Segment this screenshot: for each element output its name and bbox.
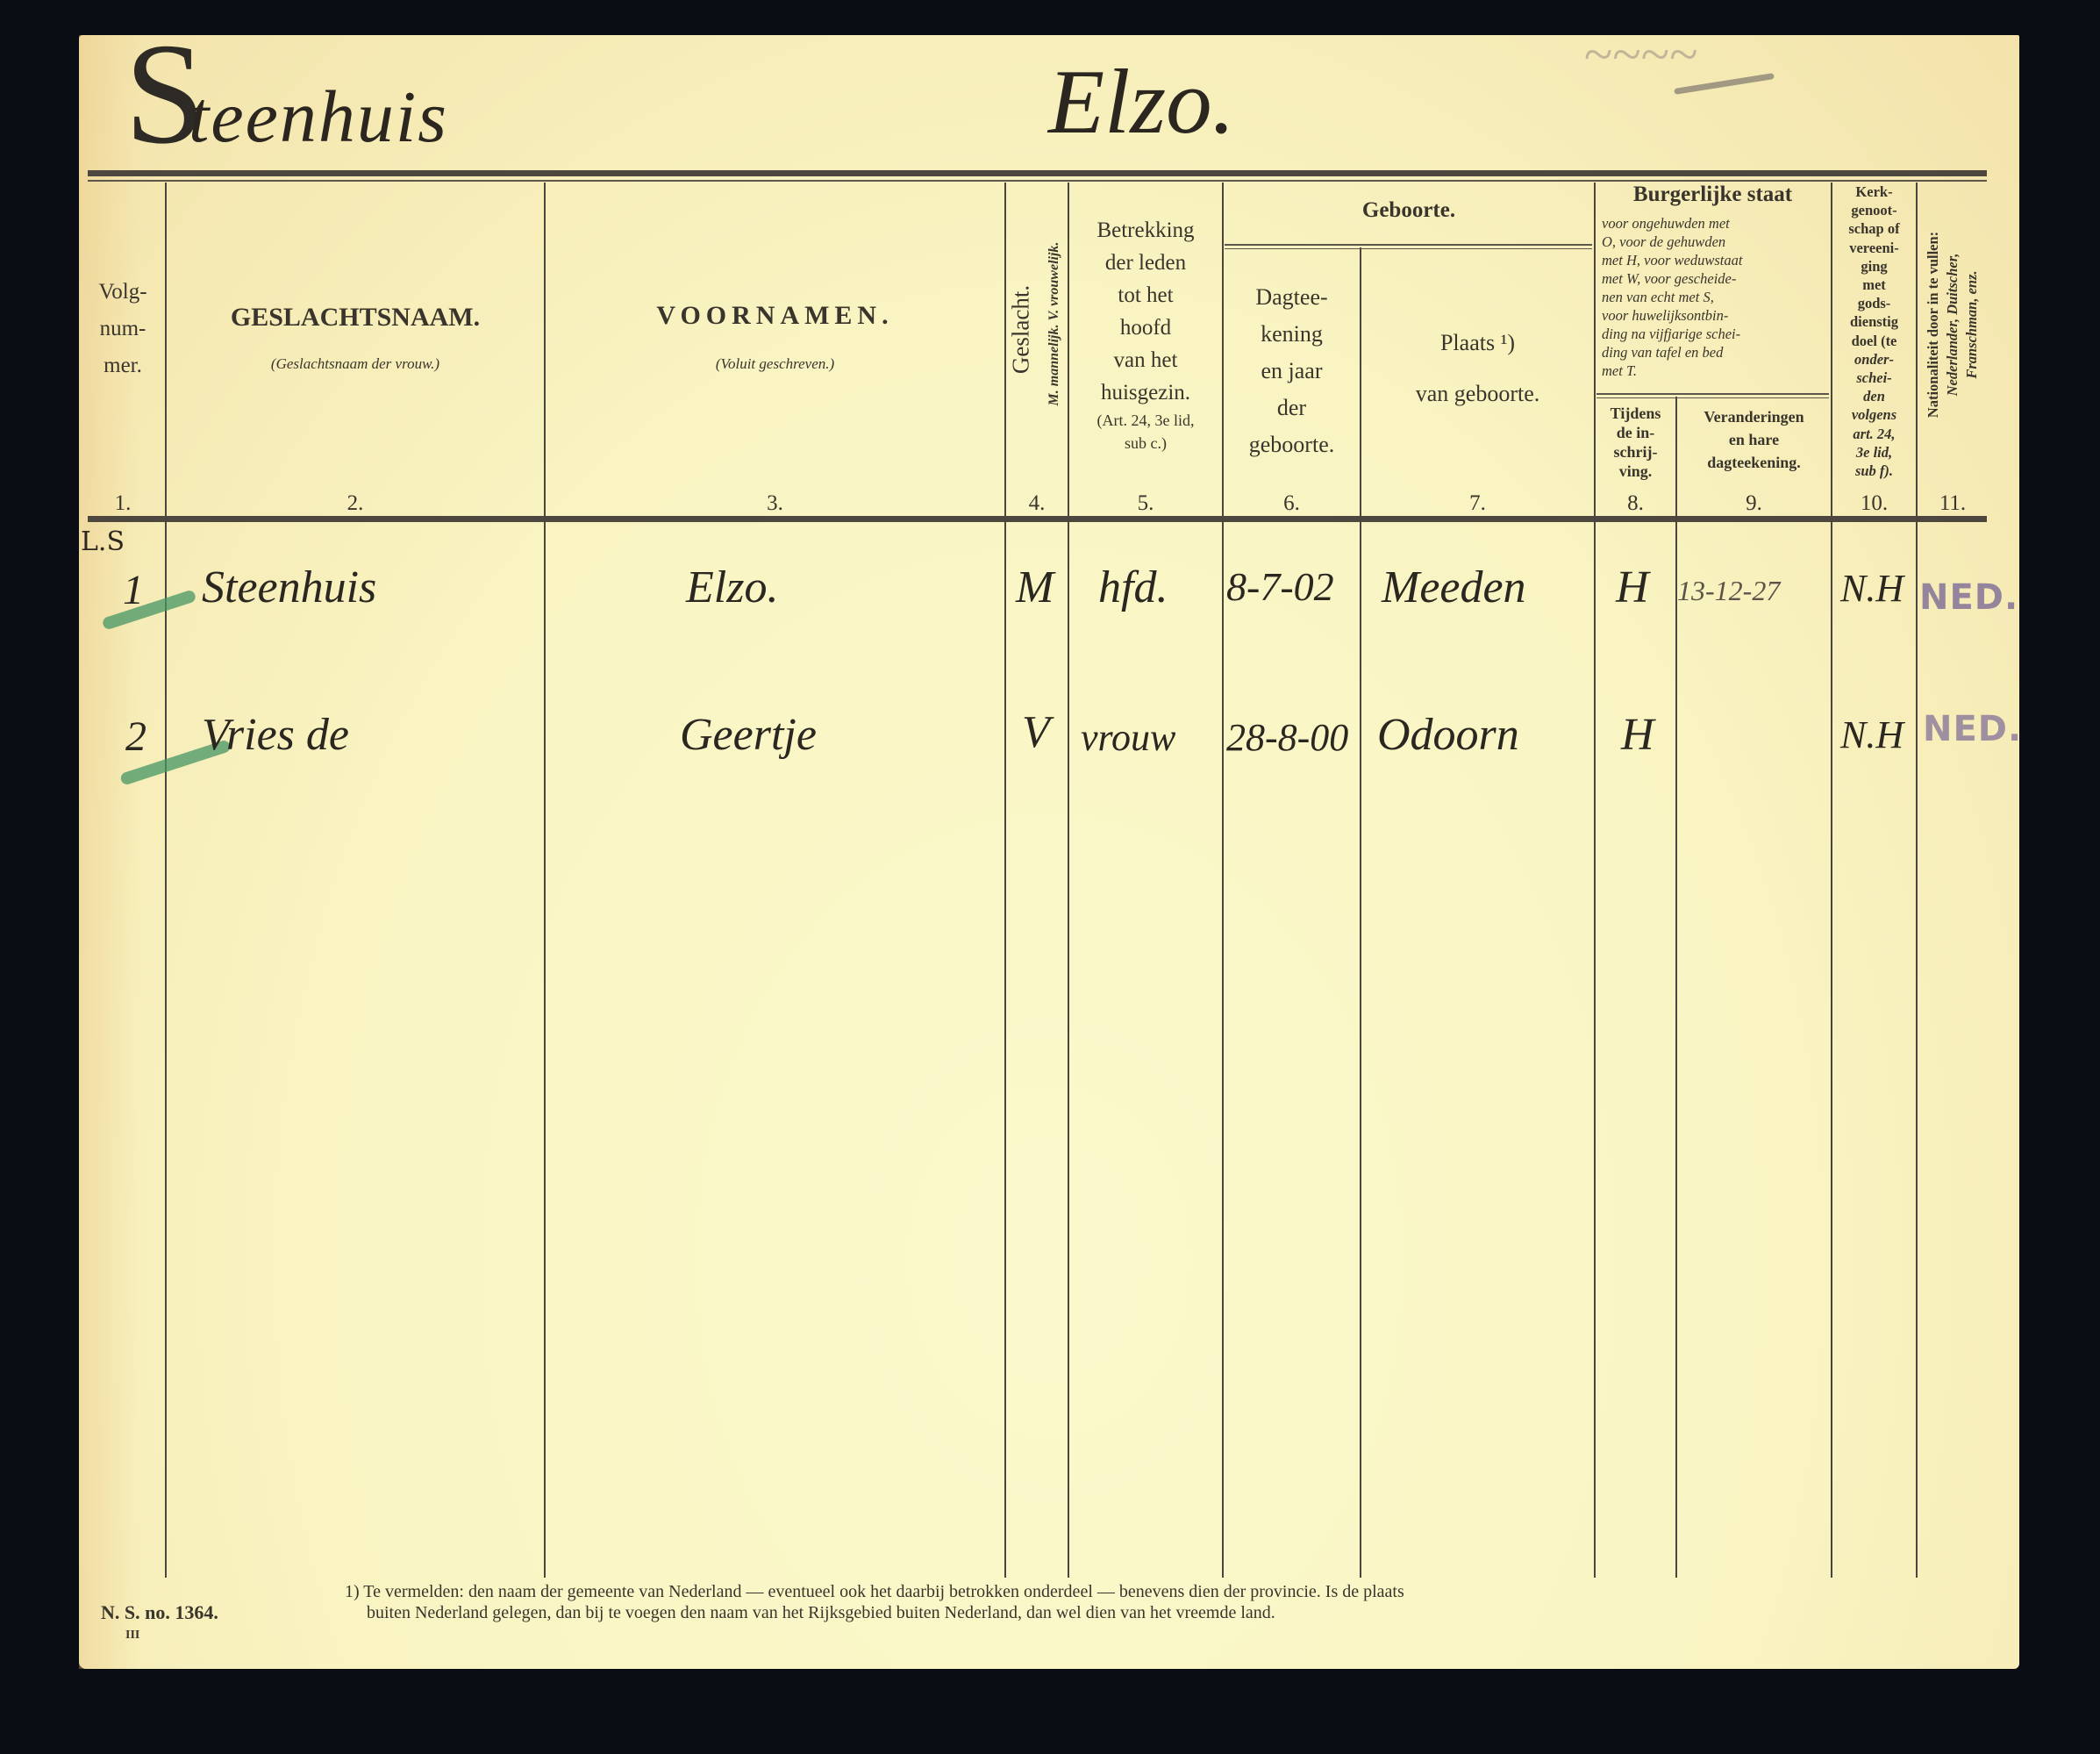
footnote-line-1: 1) Te vermelden: den naam der gemeente v…: [345, 1581, 1404, 1602]
margin-mark-ls: L.S: [81, 526, 125, 557]
header-text: en jaar: [1224, 353, 1360, 390]
header-plaats: Plaats ¹): [1361, 330, 1594, 356]
row2-geslachtsnaam: Vries de: [202, 709, 349, 761]
header-burgerlijke-staat: Burgerlijke staat: [1596, 183, 1829, 207]
header-text: Dagtee-: [1224, 279, 1360, 316]
header-text: Franschman, enz.: [1963, 180, 1981, 469]
column-number-3: 3.: [546, 491, 1004, 516]
column-divider-6: [1360, 247, 1361, 1578]
title-handwritten-surname: teenhuis: [189, 75, 448, 160]
header-text: (Art. 24, 3e lid,: [1069, 409, 1222, 432]
footnote-line-2: buiten Nederland gelegen, dan bij te voe…: [367, 1602, 1275, 1623]
column-divider-7: [1594, 183, 1596, 1578]
form-sub-number: III: [125, 1625, 139, 1646]
column-number-10: 10.: [1832, 491, 1916, 516]
header-plaats-sub: van geboorte.: [1361, 381, 1594, 407]
header-geslachtsnaam: GESLACHTSNAAM.: [167, 303, 544, 333]
header-text: geboorte.: [1224, 426, 1360, 463]
header-geslacht-label: Geslacht.: [1008, 190, 1035, 470]
header-text: voor ongehuwden met: [1602, 214, 1825, 233]
header-text: schei-: [1832, 369, 1916, 387]
row2-voornamen: Geertje: [680, 709, 817, 761]
header-geboorte-group: Geboorte.: [1224, 198, 1594, 223]
header-text: vereeni-: [1832, 239, 1916, 257]
header-bottom-rule: [88, 516, 1987, 522]
header-geslachtsnaam-sub: (Geslachtsnaam der vrouw.): [167, 355, 544, 373]
header-veranderingen: Veranderingen en hare dagteekening.: [1677, 405, 1831, 474]
header-text: genoot-: [1832, 201, 1916, 219]
header-text: gods-: [1832, 294, 1916, 312]
column-number-11: 11.: [1918, 491, 1988, 516]
header-text: van het: [1069, 344, 1222, 376]
header-text: schap of: [1832, 219, 1916, 238]
header-text: der leden: [1069, 247, 1222, 279]
row1-burgerlijke-staat: H: [1616, 562, 1649, 613]
row1-geboortedatum: 8-7-02: [1226, 563, 1334, 610]
header-top-rule: [88, 170, 1987, 176]
header-text: Nationaliteit door in te vullen:: [1925, 180, 1942, 469]
header-text: met H, voor weduwstaat: [1602, 251, 1825, 269]
row1-nationaliteit-stamp: NED.: [1919, 577, 2018, 618]
header-text: hoofd: [1069, 311, 1222, 344]
header-text: sub f).: [1832, 462, 1916, 480]
row1-geboorteplaats: Meeden: [1382, 562, 1526, 613]
header-text: de in-: [1596, 423, 1675, 442]
header-text: num-: [81, 311, 165, 347]
header-nationaliteit: Nationaliteit door in te vullen: Nederla…: [1918, 184, 1988, 483]
column-number-7: 7.: [1361, 491, 1594, 516]
header-betrekking: Betrekking der leden tot het hoofd van h…: [1069, 214, 1222, 455]
header-geslacht: Geslacht. M. mannelijk. V. vrouwelijk.: [1007, 184, 1067, 483]
row1-kerkgenootschap: N.H: [1840, 566, 1904, 611]
geboorte-sub-rule: [1225, 244, 1592, 249]
column-number-1: 1.: [81, 491, 165, 516]
header-voornamen-sub: (Voluit geschreven.): [546, 355, 1004, 373]
header-text: Veranderingen: [1677, 405, 1831, 428]
header-text: schrij-: [1596, 442, 1675, 462]
header-tijdens-inschrijving: Tijdens de in- schrij- ving.: [1596, 404, 1675, 481]
header-text: voor huwelijksontbin-: [1602, 306, 1825, 325]
row1-betrekking: hfd.: [1098, 562, 1168, 613]
row2-volgnummer: 2: [125, 712, 146, 761]
header-voornamen: VOORNAMEN.: [546, 301, 1004, 331]
column-divider-3: [1004, 183, 1006, 1578]
header-text: Kerk-: [1832, 183, 1916, 201]
row1-geslacht: M: [1016, 562, 1054, 613]
header-text: met T.: [1602, 362, 1825, 380]
header-text: met: [1832, 276, 1916, 294]
header-text: huisgezin.: [1069, 376, 1222, 409]
row1-geslachtsnaam: Steenhuis: [202, 562, 376, 613]
header-geslacht-sub: M. mannelijk. V. vrouwelijk.: [1046, 183, 1062, 464]
title-handwritten-firstname: Elzo.: [1048, 48, 1235, 154]
column-number-9: 9.: [1677, 491, 1831, 516]
header-text: Tijdens: [1596, 404, 1675, 423]
header-text: dagteekening.: [1677, 451, 1831, 474]
header-text: art. 24,: [1832, 425, 1916, 443]
header-text: en hare: [1677, 428, 1831, 451]
column-number-6: 6.: [1224, 491, 1360, 516]
pencil-note: ~~~~: [1583, 25, 1697, 85]
row1-veranderingen: 13-12-27: [1677, 575, 1780, 607]
form-number: N. S. no. 1364.: [101, 1602, 218, 1623]
row1-volgnummer: 1: [123, 566, 144, 614]
header-burgerlijke-staat-note: voor ongehuwden met O, voor de gehuwden …: [1602, 214, 1825, 380]
header-kerkgenootschap: Kerk- genoot- schap of vereeni- ging met…: [1832, 183, 1916, 480]
column-divider-8: [1675, 397, 1677, 1578]
row2-betrekking: vrouw: [1081, 715, 1175, 760]
header-text: volgens: [1832, 405, 1916, 424]
header-text: met W, voor gescheide-: [1602, 269, 1825, 288]
row2-kerkgenootschap: N.H: [1840, 712, 1904, 757]
header-text: O, voor de gehuwden: [1602, 233, 1825, 251]
header-text: mer.: [81, 347, 165, 384]
column-number-8: 8.: [1596, 491, 1675, 516]
row2-geslacht: V: [1022, 706, 1050, 758]
header-text: doel (te: [1832, 332, 1916, 350]
header-text: Nederlander, Duitscher,: [1944, 180, 1961, 469]
header-dagteekening: Dagtee- kening en jaar der geboorte.: [1224, 279, 1360, 463]
header-text: ding na vijfjarige schei-: [1602, 325, 1825, 343]
row2-geboorteplaats: Odoorn: [1377, 709, 1519, 761]
column-number-4: 4.: [1006, 491, 1068, 516]
row2-burgerlijke-staat: H: [1621, 709, 1654, 761]
column-number-5: 5.: [1069, 491, 1222, 516]
header-text: Betrekking: [1069, 214, 1222, 247]
header-text: nen van echt met S,: [1602, 288, 1825, 306]
column-divider-2: [544, 183, 546, 1578]
header-top-rule-thin: [88, 180, 1987, 182]
row1-voornamen: Elzo.: [686, 562, 778, 613]
header-text: Volg-: [81, 274, 165, 311]
column-number-2: 2.: [167, 491, 544, 516]
burgerlijke-sub-rule: [1596, 393, 1829, 398]
row2-geboortedatum: 28-8-00: [1226, 715, 1348, 760]
header-text: onder-: [1832, 350, 1916, 369]
row2-nationaliteit-stamp: NED.: [1923, 709, 2022, 749]
header-text: kening: [1224, 316, 1360, 353]
header-text: tot het: [1069, 279, 1222, 311]
header-text: ding van tafel en bed: [1602, 343, 1825, 362]
header-text: den: [1832, 387, 1916, 405]
header-text: der: [1224, 390, 1360, 426]
header-volgnummer: Volg- num- mer.: [81, 274, 165, 384]
column-divider-1: [165, 183, 167, 1578]
header-text: ving.: [1596, 462, 1675, 481]
header-text: dienstig: [1832, 312, 1916, 331]
header-text: sub c.): [1069, 432, 1222, 455]
header-text: ging: [1832, 257, 1916, 276]
header-text: 3e lid,: [1832, 443, 1916, 462]
